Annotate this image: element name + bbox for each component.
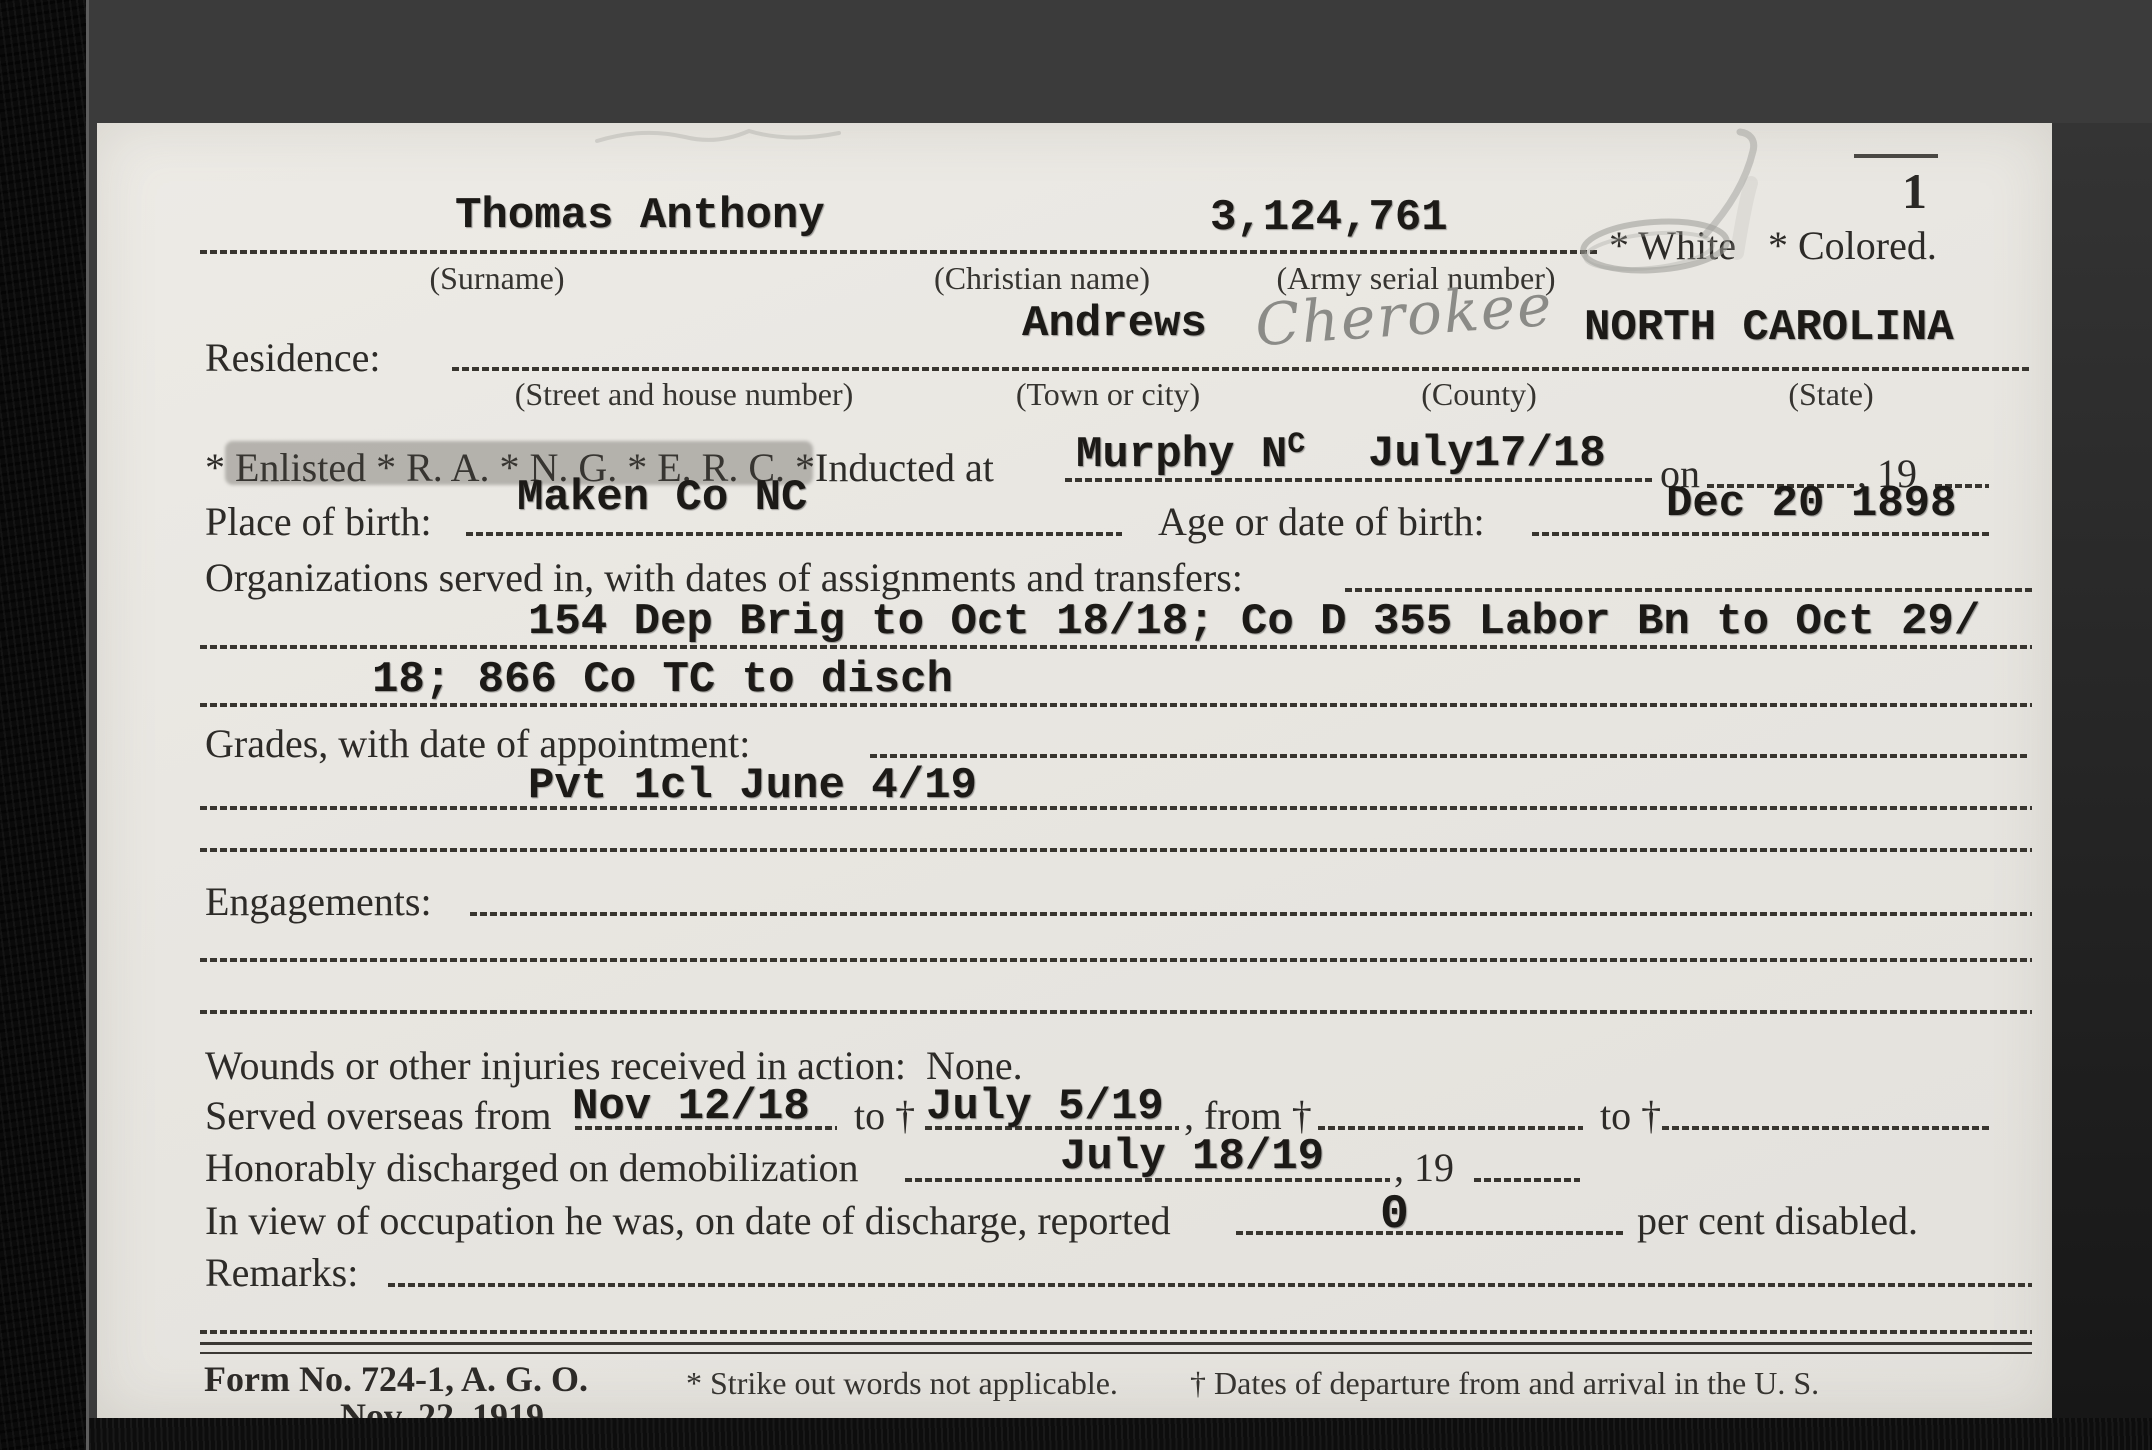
dotted-rule: [870, 754, 2030, 758]
surname-christian-name-value: Thomas Anthony: [455, 194, 825, 238]
engagements-label: Engagements:: [205, 882, 432, 922]
discharge-label: Honorably discharged on demobilization: [205, 1148, 859, 1188]
age-date-of-birth-label: Age or date of birth:: [1158, 502, 1485, 542]
state-label: (State): [1788, 378, 1873, 410]
overseas-from2-label: , from †: [1184, 1096, 1312, 1136]
scan-right-shadow: [2052, 123, 2152, 1450]
disability-label: In view of occupation he was, on date of…: [205, 1201, 1171, 1241]
race-option-colored: * Colored.: [1768, 226, 1937, 266]
discharge-date-value: July 18/19: [1060, 1135, 1324, 1179]
form-number: Form No. 724-1, A. G. O.: [204, 1358, 588, 1400]
dotted-rule: [1065, 478, 1655, 482]
strike-out-footnote: * Strike out words not applicable.: [686, 1367, 1118, 1399]
dotted-rule: [1318, 1126, 1583, 1130]
dagger-footnote: † Dates of departure from and arrival in…: [1190, 1367, 1819, 1399]
grades-value: Pvt 1cl June 4/19: [528, 764, 977, 808]
pencil-check-tail: [1705, 132, 1754, 235]
film-edge-strip: [0, 0, 86, 1450]
induction-place-value: Murphy NC: [1076, 430, 1305, 477]
dotted-rule: [466, 532, 1122, 536]
inducted-at-label: *Inducted at: [795, 445, 994, 490]
served-overseas-label: Served overseas from: [205, 1096, 552, 1136]
surname-label: (Surname): [429, 262, 564, 294]
film-edge-line: [86, 0, 89, 1450]
dotted-rule: [452, 367, 2032, 371]
faint-pencil-scribble: [597, 131, 839, 141]
town-city-label: (Town or city): [1016, 378, 1200, 410]
overseas-to1-label: to †: [854, 1096, 915, 1136]
wounds-label: Wounds or other injuries received in act…: [205, 1046, 1023, 1086]
induction-date-value: July17/18: [1368, 432, 1606, 476]
dotted-rule: [200, 645, 2032, 649]
street-number-label: (Street and house number): [515, 378, 854, 410]
residence-county-value-handwritten: Cherokee: [1253, 276, 1555, 355]
race-option-white: * White: [1609, 226, 1736, 266]
residence-label: Residence:: [205, 338, 381, 378]
residence-town-value: Andrews: [1022, 302, 1207, 346]
organizations-label: Organizations served in, with dates of a…: [205, 558, 1243, 598]
grades-label: Grades, with date of appointment:: [205, 724, 750, 764]
page-number: 1: [1902, 162, 1927, 220]
overseas-from1-value: Nov 12/18: [572, 1085, 810, 1129]
dotted-rule: [200, 1010, 2032, 1014]
form-date: Nov. 22, 1919.: [340, 1395, 553, 1418]
record-card: 1 Thomas Anthony 3,124,761 * White * Col…: [97, 123, 2052, 1418]
dotted-rule: [1532, 532, 1990, 536]
dotted-rule: [200, 703, 2032, 707]
scan-bottom-shadow: [89, 1418, 2152, 1450]
dotted-rule: [1345, 588, 2032, 592]
induction-place-superscript: C: [1287, 428, 1305, 462]
date-of-birth-value: Dec 20 1898: [1666, 482, 1956, 526]
remarks-label: Remarks:: [205, 1253, 358, 1293]
discharge-year-label: , 19: [1394, 1148, 1454, 1188]
double-rule: [200, 1342, 2032, 1354]
pencil-smear: [1737, 183, 1751, 253]
organizations-line2-value: 18; 866 Co TC to disch: [372, 658, 953, 702]
dotted-rule: [200, 250, 1600, 254]
dotted-rule: [388, 1283, 2032, 1287]
dotted-rule: [470, 912, 2032, 916]
dotted-rule: [200, 1330, 2032, 1334]
page-number-rule: [1854, 154, 1938, 158]
dotted-rule: [1662, 1126, 1990, 1130]
place-of-birth-value: Maken Co NC: [517, 476, 807, 520]
overseas-to1-value: July 5/19: [926, 1085, 1164, 1129]
per-cent-disabled-label: per cent disabled.: [1637, 1201, 1918, 1241]
scanned-service-record: 1 Thomas Anthony 3,124,761 * White * Col…: [0, 0, 2152, 1450]
residence-state-value: NORTH CAROLINA: [1584, 306, 1954, 350]
army-serial-number-value: 3,124,761: [1210, 196, 1448, 240]
dotted-rule: [1474, 1178, 1580, 1182]
overseas-to2-label: to †: [1600, 1096, 1661, 1136]
dotted-rule: [1236, 1231, 1624, 1235]
dotted-rule: [200, 806, 2032, 810]
enlistment-prefix: *: [205, 445, 225, 490]
place-of-birth-label: Place of birth:: [205, 502, 432, 542]
christian-name-label: (Christian name): [934, 262, 1150, 294]
dotted-rule: [200, 958, 2032, 962]
county-label: (County): [1421, 378, 1537, 410]
disability-percent-value: 0: [1380, 1191, 1409, 1239]
dotted-rule: [200, 848, 2032, 852]
organizations-line1-value: 154 Dep Brig to Oct 18/18; Co D 355 Labo…: [528, 600, 1980, 644]
